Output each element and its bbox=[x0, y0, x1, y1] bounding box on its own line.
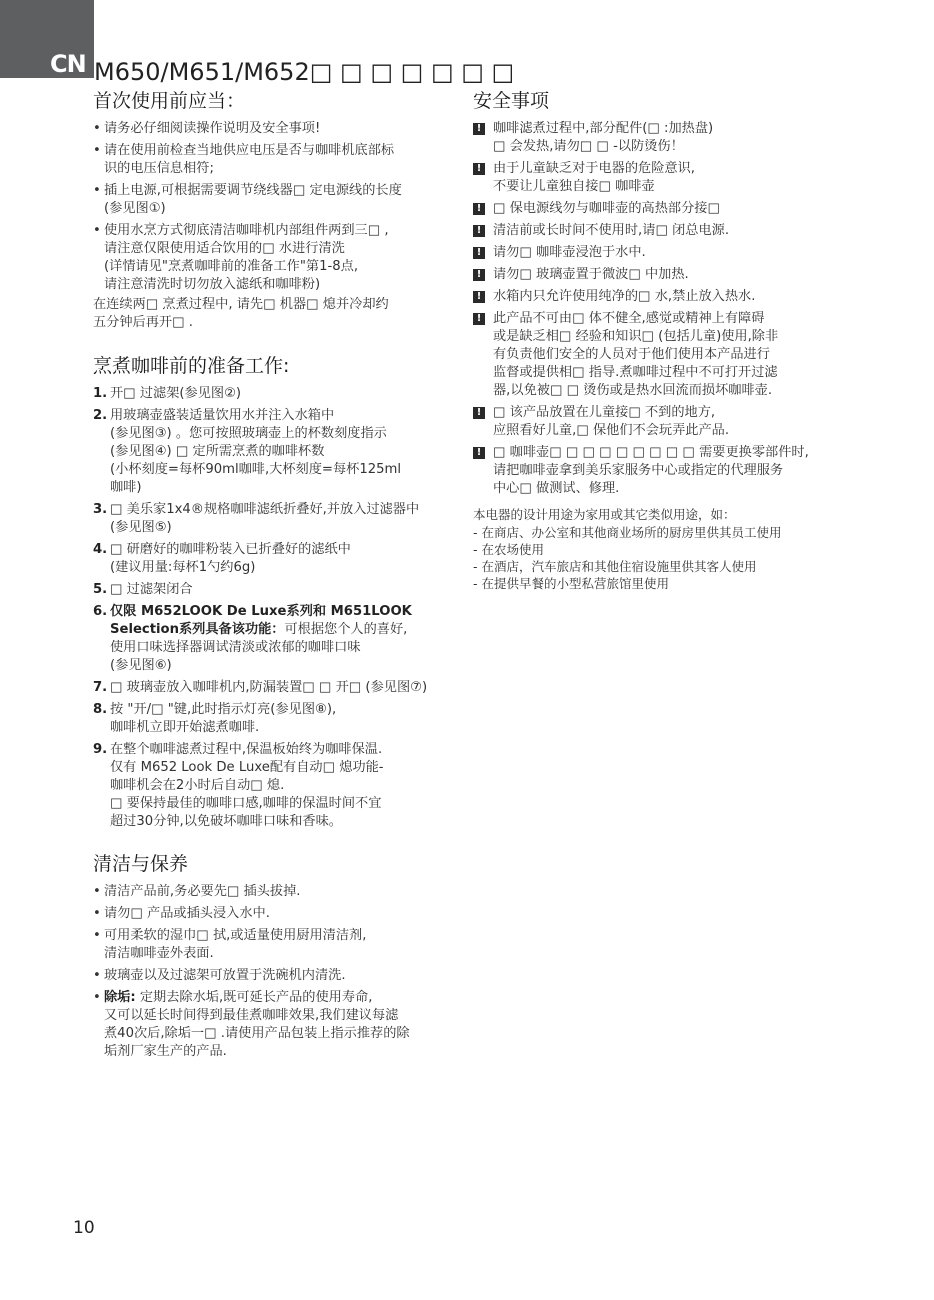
bullet-icon: • bbox=[93, 120, 101, 138]
list-item: •插上电源,可根据需要调节绕线器□ 定电源线的长度(参见图①) bbox=[93, 182, 468, 218]
warning-item: !由于儿童缺乏对于电器的危险意识,不要让儿童独自接□ 咖啡壶 bbox=[473, 160, 863, 196]
text-line: 请勿□ 产品或插头浸入水中. bbox=[104, 905, 468, 923]
intended-use-item: - 在商店、办公室和其他商业场所的厨房里供其员工使用 bbox=[473, 524, 863, 541]
text-line: (小杯刻度=每杯90ml咖啡,大杯刻度=每杯125ml bbox=[110, 461, 468, 479]
document-title: M650/M651/M652□ □ □ □ □ □ □ bbox=[94, 58, 514, 86]
consecutive-brew-note: 在连续两□ 烹煮过程中, 请先□ 机器□ 熄并冷却约五分钟后再开□ . bbox=[93, 296, 468, 332]
text-line: 请勿□ 咖啡壶浸泡于水中. bbox=[493, 244, 863, 262]
text-line: 不要让儿童独自接□ 咖啡壶 bbox=[493, 178, 863, 196]
preparation-section: 烹煮咖啡前的准备工作: 1.开□ 过滤架(参见图②)2.用玻璃壶盛装适量饮用水并… bbox=[93, 353, 468, 831]
text-line: 此产品不可由□ 体不健全,感觉或精神上有障碍 bbox=[493, 310, 863, 328]
step-text: 仅限 M652LOOK De Luxe系列和 M651LOOK Selectio… bbox=[110, 604, 412, 637]
intended-use-item: - 在酒店，汽车旅店和其他住宿设施里供其客人使用 bbox=[473, 558, 863, 575]
text-line: 请勿□ 玻璃壶置于微波□ 中加热. bbox=[493, 266, 863, 284]
intended-use-item: - 在提供早餐的小型私营旅馆里使用 bbox=[473, 575, 863, 592]
bullet-icon: • bbox=[93, 182, 101, 200]
text-line: (详情请见"烹煮咖啡前的准备工作"第1-8点, bbox=[104, 258, 468, 276]
text-line: □ 研磨好的咖啡粉装入已折叠好的滤纸中 bbox=[110, 541, 468, 559]
list-item: •请务必仔细阅读操作说明及安全事项! bbox=[93, 120, 468, 138]
text-line: 又可以延长时间得到最佳煮咖啡效果,我们建议每滤 bbox=[104, 1007, 468, 1025]
text-line: □ 美乐家1x4®规格咖啡滤纸折叠好,并放入过滤器中 bbox=[110, 501, 468, 519]
cleaning-section: 清洁与保养 •清洁产品前,务必要先□ 插头拔掉.•请勿□ 产品或插头浸入水中.•… bbox=[93, 851, 468, 1061]
before-first-use-list: •请务必仔细阅读操作说明及安全事项!•请在使用前检查当地供应电压是否与咖啡机底部… bbox=[93, 120, 468, 294]
page-number: 10 bbox=[73, 1218, 95, 1238]
warning-item: !□ 保电源线勿与咖啡壶的高热部分接□ bbox=[473, 200, 863, 218]
text-line: 咖啡) bbox=[110, 479, 468, 497]
text-line: 监督或提供相□ 指导.煮咖啡过程中不可打开过滤 bbox=[493, 364, 863, 382]
warning-icon: ! bbox=[473, 407, 485, 419]
warning-icon: ! bbox=[473, 203, 485, 215]
step-number: 3. bbox=[93, 501, 107, 519]
step-number: 5. bbox=[93, 581, 107, 599]
warning-item: !清洁前或长时间不使用时,请□ 闭总电源. bbox=[473, 222, 863, 240]
text-line: 清洁产品前,务必要先□ 插头拔掉. bbox=[104, 883, 468, 901]
warning-icon: ! bbox=[473, 163, 485, 175]
step-item: 3.□ 美乐家1x4®规格咖啡滤纸折叠好,并放入过滤器中(参见图⑤) bbox=[93, 501, 468, 537]
text-line: 识的电压信息相符; bbox=[104, 160, 468, 178]
text-line: (参见图⑤) bbox=[110, 519, 468, 537]
text-line: 应照看好儿童,□ 保他们不会玩弄此产品. bbox=[493, 422, 863, 440]
text-line: (参见图①) bbox=[104, 200, 468, 218]
text-line: 请务必仔细阅读操作说明及安全事项! bbox=[104, 120, 468, 138]
warning-icon: ! bbox=[473, 269, 485, 281]
cleaning-list: •清洁产品前,务必要先□ 插头拔掉.•请勿□ 产品或插头浸入水中.•可用柔软的湿… bbox=[93, 883, 468, 1061]
step-item: 4.□ 研磨好的咖啡粉装入已折叠好的滤纸中(建议用量:每杯1勺约6g) bbox=[93, 541, 468, 577]
text-line: 器,以免被□ □ 烫伤或是热水回流而损坏咖啡壶. bbox=[493, 382, 863, 400]
text-line: 请在使用前检查当地供应电压是否与咖啡机底部标 bbox=[104, 142, 468, 160]
intended-use-section: 本电器的设计用途为家用或其它类似用途，如： - 在商店、办公室和其他商业场所的厨… bbox=[473, 506, 863, 592]
text-line: 中心□ 做测试、修理. bbox=[493, 480, 863, 498]
text-line: (建议用量:每杯1勺约6g) bbox=[110, 559, 468, 577]
text-line: 除垢: 定期去除水垢,既可延长产品的使用寿命, bbox=[104, 989, 468, 1007]
list-item: •玻璃壶以及过滤架可放置于洗碗机内清洗. bbox=[93, 967, 468, 985]
text-line: 煮40次后,除垢一□ .请使用产品包装上指示推荐的除 bbox=[104, 1025, 468, 1043]
safety-warnings: !咖啡滤煮过程中,部分配件(□ :加热盘)□ 会发热,请勿□ □ -以防烫伤！!… bbox=[473, 120, 863, 498]
warning-icon: ! bbox=[473, 123, 485, 135]
text-line: 咖啡滤煮过程中,部分配件(□ :加热盘) bbox=[493, 120, 863, 138]
text-line: 插上电源,可根据需要调节绕线器□ 定电源线的长度 bbox=[104, 182, 468, 200]
section-heading: 首次使用前应当： bbox=[93, 88, 468, 114]
text-line: 请把咖啡壶拿到美乐家服务中心或指定的代理服务 bbox=[493, 462, 863, 480]
preparation-steps: 1.开□ 过滤架(参见图②)2.用玻璃壶盛装适量饮用水并注入水箱中 (参见图③)… bbox=[93, 385, 468, 831]
bullet-icon: • bbox=[93, 967, 101, 985]
step-number: 2. bbox=[93, 407, 107, 425]
step-number: 9. bbox=[93, 741, 107, 759]
step-item: 1.开□ 过滤架(参见图②) bbox=[93, 385, 468, 403]
text-line: 在连续两□ 烹煮过程中, 请先□ 机器□ 熄并冷却约 bbox=[93, 296, 468, 314]
text-line: 可根据您个人的喜好, bbox=[285, 622, 408, 637]
step-item: 8.按 "开/□ "键,此时指示灯亮(参见图⑧),咖啡机立即开始滤煮咖啡. bbox=[93, 701, 468, 737]
list-item: •可用柔软的湿巾□ 拭,或适量使用厨用清洁剂,清洁咖啡壶外表面. bbox=[93, 927, 468, 963]
descaling-item: •除垢: 定期去除水垢,既可延长产品的使用寿命,又可以延长时间得到最佳煮咖啡效果… bbox=[93, 989, 468, 1061]
text-line: 在整个咖啡滤煮过程中,保温板始终为咖啡保温. bbox=[110, 741, 468, 759]
warning-icon: ! bbox=[473, 313, 485, 325]
text-line: 五分钟后再开□ . bbox=[93, 314, 468, 332]
text-line: 开□ 过滤架(参见图②) bbox=[110, 385, 468, 403]
warning-icon: ! bbox=[473, 247, 485, 259]
step-number: 8. bbox=[93, 701, 107, 719]
text-line: 请注意清洗时切勿放入滤纸和咖啡粉) bbox=[104, 276, 468, 294]
list-item: •请在使用前检查当地供应电压是否与咖啡机底部标识的电压信息相符; bbox=[93, 142, 468, 178]
text-line: 仅有 M652 Look De Luxe配有自动□ 熄功能- bbox=[110, 759, 468, 777]
text-line: □ 保电源线勿与咖啡壶的高热部分接□ bbox=[493, 200, 863, 218]
text-line: □ 该产品放置在儿童接□ 不到的地方, bbox=[493, 404, 863, 422]
bullet-icon: • bbox=[93, 222, 101, 240]
text-line: □ 玻璃壶放入咖啡机内,防漏装置□ □ 开□ (参见图⑦) bbox=[110, 679, 468, 697]
warning-item: !咖啡滤煮过程中,部分配件(□ :加热盘)□ 会发热,请勿□ □ -以防烫伤！ bbox=[473, 120, 863, 156]
step-number: 7. bbox=[93, 679, 107, 697]
text-line: 按 "开/□ "键,此时指示灯亮(参见图⑧), bbox=[110, 701, 468, 719]
warning-item: !请勿□ 咖啡壶浸泡于水中. bbox=[473, 244, 863, 262]
text-line: 垢剂厂家生产的产品. bbox=[104, 1043, 468, 1061]
text-line: 超过30分钟,以免破坏咖啡口味和香味。 bbox=[110, 813, 468, 831]
intended-use-list: - 在商店、办公室和其他商业场所的厨房里供其员工使用- 在农场使用- 在酒店，汽… bbox=[473, 524, 863, 592]
text-line: 清洁前或长时间不使用时,请□ 闭总电源. bbox=[493, 222, 863, 240]
step-number: 6. bbox=[93, 603, 107, 621]
text-line: 玻璃壶以及过滤架可放置于洗碗机内清洗. bbox=[104, 967, 468, 985]
text-line: (参见图④) □ 定所需烹煮的咖啡杯数 bbox=[110, 443, 468, 461]
section-heading: 清洁与保养 bbox=[93, 851, 468, 877]
text-line: 咖啡机会在2小时后自动□ 熄. bbox=[110, 777, 468, 795]
warning-icon: ! bbox=[473, 291, 485, 303]
bullet-icon: • bbox=[93, 989, 101, 1007]
step-item: 9.在整个咖啡滤煮过程中,保温板始终为咖啡保温.仅有 M652 Look De … bbox=[93, 741, 468, 831]
text-line: 使用水烹方式彻底清洁咖啡机内部组件两到三□ , bbox=[104, 222, 468, 240]
right-column: 安全事项 !咖啡滤煮过程中,部分配件(□ :加热盘)□ 会发热,请勿□ □ -以… bbox=[473, 88, 863, 592]
text-line: 用玻璃壶盛装适量饮用水并注入水箱中 bbox=[110, 407, 468, 425]
bullet-icon: • bbox=[93, 927, 101, 945]
warning-icon: ! bbox=[473, 225, 485, 237]
bullet-icon: • bbox=[93, 142, 101, 160]
list-item: •使用水烹方式彻底清洁咖啡机内部组件两到三□ ,请注意仅限使用适合饮用的□ 水进… bbox=[93, 222, 468, 294]
text-line: 有负责他们安全的人员对于他们使用本产品进行 bbox=[493, 346, 863, 364]
list-item: •清洁产品前,务必要先□ 插头拔掉. bbox=[93, 883, 468, 901]
warning-item: !水箱内只允许使用纯净的□ 水,禁止放入热水. bbox=[473, 288, 863, 306]
section-heading: 安全事项 bbox=[473, 88, 863, 114]
text-line: 或是缺乏相□ 经验和知识□ (包括儿童)使用,除非 bbox=[493, 328, 863, 346]
warning-item: !□ 该产品放置在儿童接□ 不到的地方,应照看好儿童,□ 保他们不会玩弄此产品. bbox=[473, 404, 863, 440]
text-line: □ 咖啡壶□ □ □ □ □ □ □ □ □ 需要更换零部件时, bbox=[493, 444, 863, 462]
intended-use-item: - 在农场使用 bbox=[473, 541, 863, 558]
bullet-icon: • bbox=[93, 883, 101, 901]
left-column: 首次使用前应当： •请务必仔细阅读操作说明及安全事项!•请在使用前检查当地供应电… bbox=[93, 88, 468, 1065]
bullet-icon: • bbox=[93, 905, 101, 923]
text-line: 可用柔软的湿巾□ 拭,或适量使用厨用清洁剂, bbox=[104, 927, 468, 945]
text-line: 咖啡机立即开始滤煮咖啡. bbox=[110, 719, 468, 737]
step-item: 5.□ 过滤架闭合 bbox=[93, 581, 468, 599]
warning-item: !此产品不可由□ 体不健全,感觉或精神上有障碍或是缺乏相□ 经验和知识□ (包括… bbox=[473, 310, 863, 400]
step-item: 7.□ 玻璃壶放入咖啡机内,防漏装置□ □ 开□ (参见图⑦) bbox=[93, 679, 468, 697]
descaling-label: 除垢: bbox=[104, 990, 136, 1005]
list-item: •请勿□ 产品或插头浸入水中. bbox=[93, 905, 468, 923]
text-line: 由于儿童缺乏对于电器的危险意识, bbox=[493, 160, 863, 178]
section-heading: 烹煮咖啡前的准备工作: bbox=[93, 353, 468, 379]
safety-section: 安全事项 !咖啡滤煮过程中,部分配件(□ :加热盘)□ 会发热,请勿□ □ -以… bbox=[473, 88, 863, 498]
text-line: (参见图③) 。您可按照玻璃壶上的杯数刻度指示 bbox=[110, 425, 468, 443]
step-number: 1. bbox=[93, 385, 107, 403]
text-line: □ 要保持最佳的咖啡口感,咖啡的保温时间不宜 bbox=[110, 795, 468, 813]
text-line: 清洁咖啡壶外表面. bbox=[104, 945, 468, 963]
warning-item: !请勿□ 玻璃壶置于微波□ 中加热. bbox=[473, 266, 863, 284]
text-line: 使用口味选择器调试清淡或浓郁的咖啡口味 bbox=[110, 639, 468, 657]
before-first-use-section: 首次使用前应当： •请务必仔细阅读操作说明及安全事项!•请在使用前检查当地供应电… bbox=[93, 88, 468, 332]
step-item: 6.仅限 M652LOOK De Luxe系列和 M651LOOK Select… bbox=[93, 603, 468, 675]
text-line: □ 过滤架闭合 bbox=[110, 581, 468, 599]
step-number: 4. bbox=[93, 541, 107, 559]
text-line: □ 会发热,请勿□ □ -以防烫伤！ bbox=[493, 138, 863, 156]
language-code: CN bbox=[50, 52, 86, 76]
step-item: 2.用玻璃壶盛装适量饮用水并注入水箱中 (参见图③) 。您可按照玻璃壶上的杯数刻… bbox=[93, 407, 468, 497]
warning-item: !□ 咖啡壶□ □ □ □ □ □ □ □ □ 需要更换零部件时,请把咖啡壶拿到… bbox=[473, 444, 863, 498]
warning-icon: ! bbox=[473, 447, 485, 459]
text-line: 请注意仅限使用适合饮用的□ 水进行清洗 bbox=[104, 240, 468, 258]
text-line: (参见图⑥) bbox=[110, 657, 468, 675]
text-line: 水箱内只允许使用纯净的□ 水,禁止放入热水. bbox=[493, 288, 863, 306]
intended-use-intro: 本电器的设计用途为家用或其它类似用途，如： bbox=[473, 506, 863, 524]
